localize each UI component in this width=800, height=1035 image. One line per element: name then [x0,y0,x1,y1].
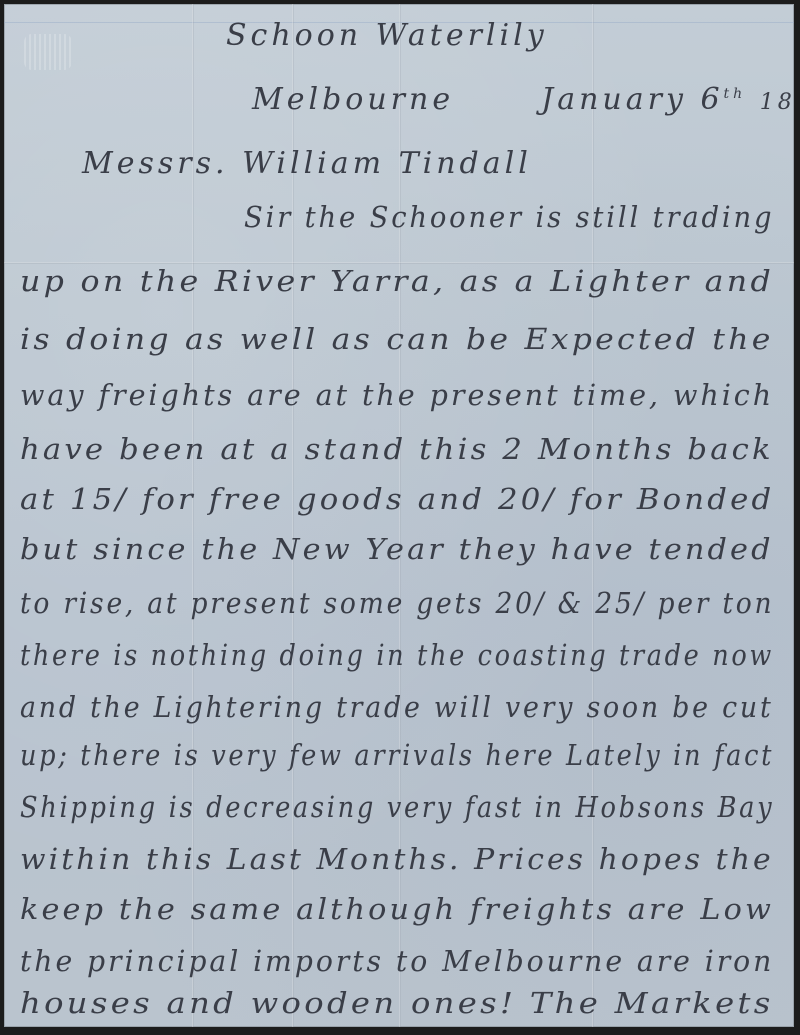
letter-body-line-8: to rise, at present some gets 20/ & 25/ … [20,586,774,620]
letter-body-line-16: houses and wooden ones! The Markets [20,986,774,1020]
letter-body-line-5: have been at a stand this 2 Months back [20,432,774,466]
heading-date-suffix: th [724,86,747,102]
letter-body-line-10: and the Lightering trade will very soon … [20,690,774,724]
letter-body-line-4: way freights are at the present time, wh… [20,378,774,412]
letter-body-line-12: Shipping is decreasing very fast in Hobs… [20,790,774,824]
salutation: Messrs. William Tindall [82,146,532,181]
heading-year: 1854 [760,90,794,115]
letter-body-line-3: is doing as well as can be Expected the [20,322,774,356]
letter-body-line-6: at 15/ for free goods and 20/ for Bonded [20,482,774,516]
letter-heading-vessel: Schoon Waterlily [226,18,548,53]
letter-body-line-7: but since the New Year they have tended [20,532,774,566]
heading-date: January 6 [541,82,723,117]
letter-body-line-11: up; there is very few arrivals here Late… [20,738,774,772]
heading-place: Melbourne [252,82,454,117]
letter-body-line-1: Sir the Schooner is still trading [244,200,774,234]
letter-body-line-14: keep the same although freights are Low [20,892,774,926]
letter-page: Schoon Waterlily Melbourne January 6th 1… [4,4,794,1027]
letter-body-line-2: up on the River Yarra, as a Lighter and [20,264,774,298]
letter-body-line-15: the principal imports to Melbourne are i… [20,944,774,978]
letter-body-line-9: there is nothing doing in the coasting t… [20,638,774,672]
embossed-stamp-mark [24,34,72,70]
letter-heading-date-line: Melbourne January 6th 1854 [252,82,794,117]
letter-body-line-13: within this Last Months. Prices hopes th… [20,842,774,876]
